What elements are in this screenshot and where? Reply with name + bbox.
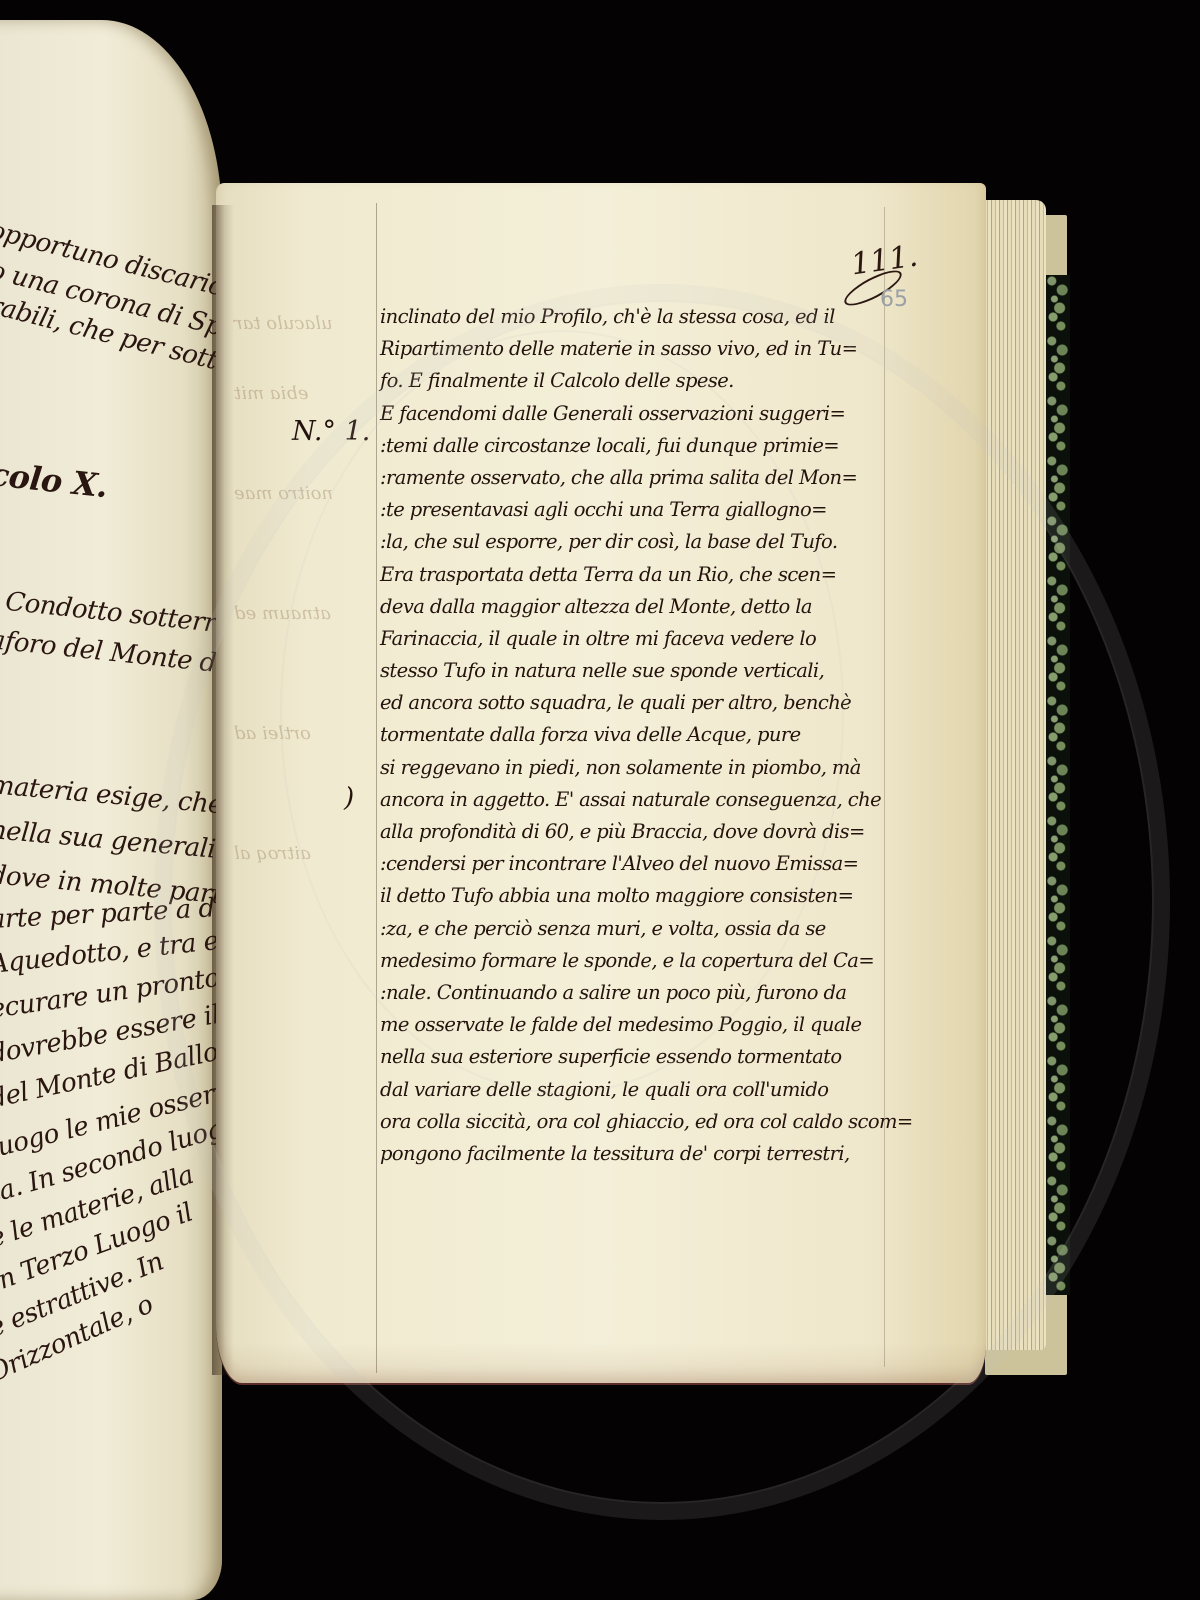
manuscript-line: si reggevano in piedi, non solamente in … — [376, 752, 896, 784]
manuscript-line: pongono facilmente la tessitura de' corp… — [376, 1138, 896, 1170]
manuscript-line: inclinato del mio Profilo, ch'è la stess… — [376, 301, 896, 333]
bleed-through-text: noitro mae — [234, 483, 333, 504]
manuscript-line: me osservate le falde del medesimo Poggi… — [376, 1009, 896, 1041]
bleed-through-text: ulaculo tar — [234, 313, 333, 334]
marbled-endpaper-edge — [1044, 275, 1070, 1295]
paragraph-number: N.° 1. — [292, 416, 370, 447]
manuscript-line: :nale. Continuando a salire un poco più,… — [376, 977, 896, 1009]
photo-stage: opportuno discarico allao una corona di … — [0, 0, 1200, 1600]
book-gutter-shadow — [212, 205, 234, 1375]
manuscript-line: fo. E finalmente il Calcolo delle spese. — [376, 365, 896, 397]
left-page-text: opportuno discarico allao una corona di … — [0, 20, 222, 1600]
manuscript-line: ed ancora sotto squadra, le quali per al… — [376, 687, 896, 719]
manuscript-line: deva dalla maggior altezza del Monte, de… — [376, 591, 896, 623]
left-page-verso: opportuno discarico allao una corona di … — [0, 20, 222, 1600]
manuscript-text-block: inclinato del mio Profilo, ch'è la stess… — [376, 301, 896, 1170]
right-page-recto: ulaculo tar ebia mit noitro mae atnaum e… — [216, 183, 986, 1383]
manuscript-line: :temi dalle circostanze locali, fui dunq… — [376, 430, 896, 462]
manuscript-line: E facendomi dalle Generali osservazioni … — [376, 398, 896, 430]
margin-mark: ) — [344, 783, 354, 813]
manuscript-line: ancora in aggetto. E' assai naturale con… — [376, 784, 896, 816]
manuscript-line: stesso Tufo in natura nelle sue sponde v… — [376, 655, 896, 687]
manuscript-line: :za, e che perciò senza muri, e volta, o… — [376, 913, 896, 945]
manuscript-line: nella sua generalità — [0, 815, 222, 867]
bleed-through-text: atnaum ed — [234, 603, 331, 624]
manuscript-line: materia esige, che a — [0, 770, 222, 822]
bleed-through-text: ebia mit — [234, 383, 308, 404]
manuscript-line: :la, che sul esporre, per dir così, la b… — [376, 526, 896, 558]
manuscript-line: alla profondità di 60, e più Braccia, do… — [376, 816, 896, 848]
manuscript-line: ora colla siccità, ora col ghiaccio, ed … — [376, 1106, 896, 1138]
manuscript-line: il detto Tufo abbia una molto maggiore c… — [376, 880, 896, 912]
manuscript-line: :cendersi per incontrare l'Alveo del nuo… — [376, 848, 896, 880]
manuscript-line: :te presentavasi agli occhi una Terra gi… — [376, 494, 896, 526]
manuscript-line: Era trasportata detta Terra da un Rio, c… — [376, 559, 896, 591]
manuscript-line: nella sua esteriore superficie essendo t… — [376, 1041, 896, 1073]
bleed-through-text: aitroq al — [234, 843, 311, 864]
manuscript-line: Farinaccia, il quale in oltre mi faceva … — [376, 623, 896, 655]
bleed-through-text: ortlei ad — [234, 723, 311, 744]
manuscript-line: dal variare delle stagioni, le quali ora… — [376, 1074, 896, 1106]
chapter-heading: colo X. — [0, 455, 109, 505]
manuscript-line: Ripartimento delle materie in sasso vivo… — [376, 333, 896, 365]
manuscript-line: medesimo formare le sponde, e la copertu… — [376, 945, 896, 977]
manuscript-line: tormentate dalla forza viva delle Acque,… — [376, 719, 896, 751]
manuscript-line: :ramente osservato, che alla prima salit… — [376, 462, 896, 494]
